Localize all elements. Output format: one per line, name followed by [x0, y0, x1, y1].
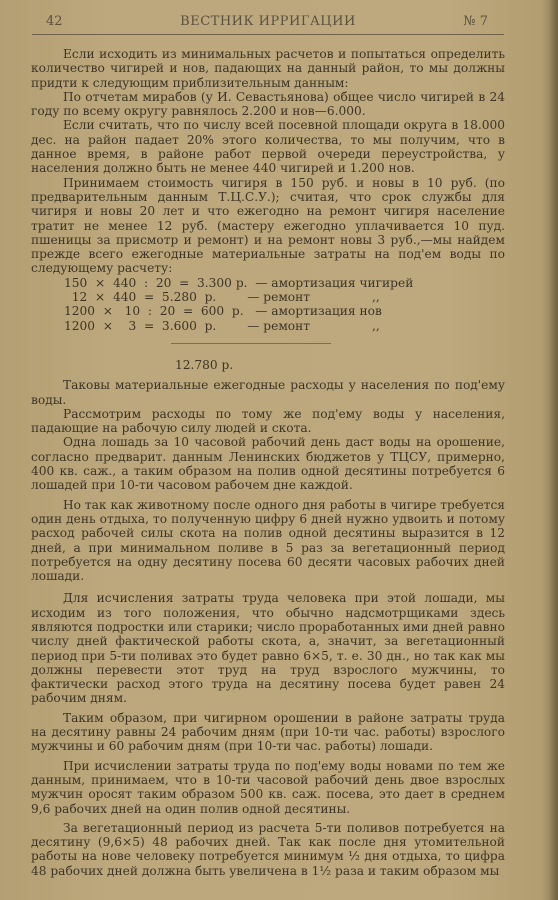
paragraph: По отчетам мирабов (у И. Севастьянова) о… — [31, 90, 505, 119]
sum-rule — [171, 343, 331, 344]
paragraph: Таковы материальные ежегодные расходы у … — [31, 378, 505, 407]
calculation-line: 1200 × 10 : 20 = 600 р. — амортизация но… — [64, 304, 505, 318]
journal-title: ВЕСТНИК ИРРИГАЦИИ — [32, 14, 504, 29]
calculation-line: 1200 × 3 = 3.600 р. — ремонт ,, — [64, 319, 505, 333]
calculation-total: 12.780 р. — [175, 358, 505, 372]
paragraph: Для исчисления затраты труда человека пр… — [31, 591, 505, 705]
issue-number: № 7 — [463, 14, 488, 29]
paragraph: Если считать, что по числу всей посевной… — [31, 118, 505, 175]
calculation-line: 150 × 440 : 20 = 3.300 р. — амортизация … — [64, 276, 505, 290]
page-spine-shadow — [548, 0, 558, 900]
paragraph: Рассмотрим расходы по тому же под'ему во… — [31, 407, 505, 436]
paragraph: Таким образом, при чигирном орошении в р… — [31, 711, 505, 754]
paragraph: Если исходить из минимальных расчетов и … — [31, 47, 505, 90]
paragraph: Одна лошадь за 10 часовой рабочий день д… — [31, 435, 505, 492]
running-header: 42 ВЕСТНИК ИРРИГАЦИИ № 7 — [32, 12, 504, 35]
paragraph: За вегетационный период из расчета 5-ти … — [31, 821, 505, 878]
paragraph: Но так как животному после одного дня ра… — [31, 498, 505, 584]
paragraph: При исчислении затраты труда по под'ему … — [31, 759, 505, 816]
calculation-line: 12 × 440 = 5.280 р. — ремонт ,, — [64, 290, 505, 304]
paragraph: Принимаем стоимость чигиря в 150 руб. и … — [31, 176, 505, 276]
article-body: Если исходить из минимальных расчетов и … — [31, 47, 505, 878]
